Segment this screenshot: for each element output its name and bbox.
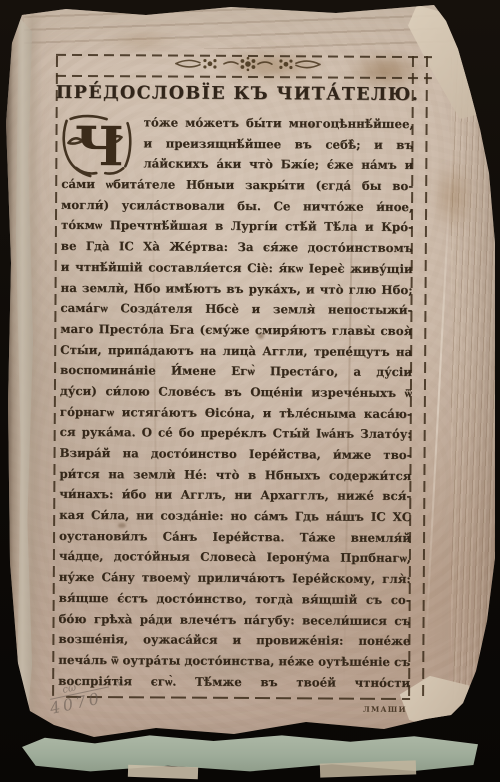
- text-line: ла́йскихъ а́ки что̀ Бжі́е; є́же на́мъ и: [143, 154, 413, 176]
- paper-edge-fragment: [128, 765, 198, 779]
- frame-right-outer-rule: [422, 56, 428, 696]
- text-line: оустанови́лъ Са́нъ Іере́йства. Та́же вне…: [59, 526, 411, 549]
- page-title: ПРЕ́ДОСЛОВЇЕ КЪ ЧИТА́ТЕЛЮ.: [56, 83, 418, 105]
- photo-of-old-book-page: ПРЕ́ДОСЛОВЇЕ КЪ ЧИТА́ТЕЛЮ. Ч: [0, 0, 500, 782]
- text-line: вя́щше є́стъ досто́инство, тогда̀ вя́щші…: [59, 588, 411, 611]
- text-line: Сты́и, припа́даютъ на лица̀ Аггли, трепе…: [60, 339, 412, 362]
- text-line: ну́же Са́ну твоему̀ прилича́ютъ Іере́йск…: [59, 567, 411, 590]
- text-line: и чтнѣ́йшій составля́ется Сіѐ: я́кѡ Іере…: [61, 257, 413, 280]
- text-line: и преизящнѣ́йшее въ себѣ̀; и въ ве́щехъ: [143, 133, 413, 155]
- text-line: бо́ю грѣха̀ ра́ди влече́тъ па́губу: весе…: [58, 608, 410, 631]
- text-line: сама́гѡ Созда́теля Нбсѐ и земля̀ непосты…: [60, 298, 412, 321]
- text-line: чи́нахъ: и́бо ни Агглъ, ни Архагглъ, ниж…: [59, 484, 411, 507]
- text-line: ве Гда̀ ІС Ха̀ Же́ртва: За єя́же досто́и…: [61, 236, 413, 259]
- text-line: воспомина́ніе И́мене Егѡ̀ Преста́го, а д…: [60, 360, 412, 383]
- frame-top-inner-rule: [56, 75, 432, 80]
- text-line: маго Престо́ла Бга (єму́же смиря́ютъ гла…: [60, 319, 412, 342]
- text-line: то́же мо́жетъ бы́ти многоцѣннѣ́йшее,: [144, 112, 414, 134]
- text-line: ся рука́ма. О се́ бо прере́клъ Сты́й Іѡа…: [60, 422, 412, 445]
- catchword: ЛМАШИ: [350, 705, 420, 714]
- text-line: ри́тся на землѝ Не́: что̀ в Нбныхъ содер…: [59, 464, 411, 487]
- text-line: то́кмѡ Пречтнѣ́йшая в Лургі́и стѣ́й Тѣ́л…: [61, 215, 413, 238]
- text-line: могли́) усила́ствовали бы. Се ничто́же и…: [61, 195, 413, 218]
- body-text: то́же мо́жетъ бы́ти многоцѣннѣ́йшее, и п…: [58, 112, 414, 693]
- text-line: ча́дце, досто́йныя Словеса̀ Іерону́ма Пр…: [59, 546, 411, 569]
- book-page: ПРЕ́ДОСЛОВЇЕ КЪ ЧИТА́ТЕЛЮ. Ч: [6, 3, 495, 753]
- paper-edge-fragment: [320, 760, 416, 777]
- text-line: печа́ль ѿ оутра́ты досто́инства, не́же о…: [58, 650, 410, 673]
- text-line: са́ми ѡбита́теле Нбныи закры́ти (єгда́ б…: [61, 174, 413, 197]
- frame-left-rule: [52, 54, 58, 696]
- printed-area: ПРЕ́ДОСЛОВЇЕ КЪ ЧИТА́ТЕЛЮ. Ч: [4, 2, 498, 755]
- headpiece: [148, 55, 348, 73]
- text-line: на землѝ, Нбо имѣ́ютъ въ рука́хъ, и что̀…: [61, 277, 413, 300]
- text-line: Взира́й на досто́инство Іере́йства, и́мж…: [60, 443, 412, 466]
- text-line: ду́си) си́лою Слове́съ въ Още́ніи изрече…: [60, 381, 412, 404]
- text-line: возше́нія, оужаса́йся и провиже́нія: пон…: [58, 629, 410, 652]
- fleuron-ornament-icon: [168, 56, 328, 73]
- text-line: го́рнагѡ истяга́ютъ Ѳісо́на, и тѣле́сным…: [60, 401, 412, 424]
- text-line: кая Си́ла, ни созда́ніе: но са́мъ Гдь на…: [59, 505, 411, 528]
